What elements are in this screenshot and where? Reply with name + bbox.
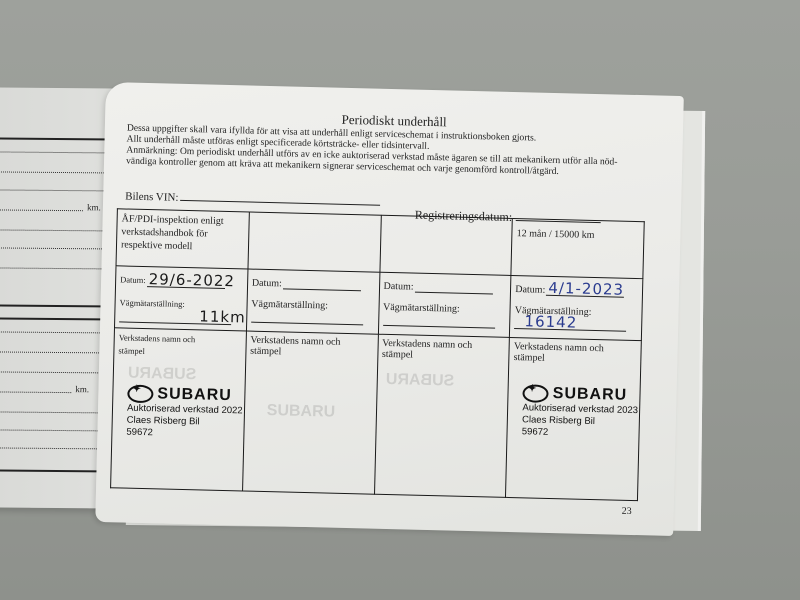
dotted-line (0, 151, 115, 153)
date-label: Datum: (120, 275, 146, 286)
dotted-line (0, 229, 112, 231)
date-field: Datum:4/1-2023 (515, 283, 638, 298)
stamp-bleed-through: SUBARU (267, 402, 336, 422)
odometer-field: Vägmätarställning: (251, 299, 374, 326)
date-input[interactable] (283, 278, 361, 292)
workshop-stamp-cell: Verkstadens namn och stämpel SUBARU Aukt… (506, 337, 642, 501)
subaru-star-icon (523, 384, 549, 403)
column-header (248, 212, 381, 272)
odometer-label: Vägmätarställning: (119, 298, 184, 310)
odometer-value: 11km (199, 308, 246, 327)
subaru-star-icon (127, 384, 153, 403)
odometer-field: Vägmätarställning:16142 (514, 305, 637, 332)
workshop-label: Verkstadens namn och stämpel (514, 341, 625, 366)
column-header: ÅF/PDI-inspektion enligt verkstadshandbo… (116, 209, 249, 269)
odometer-value: 16142 (524, 313, 577, 332)
odometer-input[interactable]: 16142 (514, 316, 626, 332)
service-entry-cell: Datum:29/6-2022 Vägmätarställning:11km (115, 266, 248, 331)
service-entry-cell: Datum: Vägmätarställning: (246, 269, 379, 334)
km-label: km. (75, 384, 89, 394)
stamp-brand: SUBARU (157, 385, 232, 405)
date-field: Datum:29/6-2022 (120, 274, 243, 290)
date-label: Datum: (515, 284, 545, 296)
column-header (379, 215, 512, 275)
service-entry-cell: Datum: Vägmätarställning: (378, 272, 511, 337)
dotted-line (0, 447, 99, 449)
odometer-input[interactable] (383, 313, 495, 329)
dotted-line (0, 247, 112, 249)
odometer-input[interactable]: 11km (119, 310, 231, 326)
odometer-field: Vägmätarställning:11km (119, 297, 242, 326)
stamp-line: 59672 (522, 426, 638, 441)
workshop-stamp-cell: Verkstadens namn och stämpel SUBARU SUBA… (111, 327, 247, 491)
vin-label: Bilens VIN: (125, 191, 179, 204)
workshop-label: Verkstadens namn och stämpel (382, 337, 493, 362)
odometer-field: Vägmätarställning: (383, 302, 506, 329)
subaru-logo: SUBARU (523, 384, 639, 405)
dotted-line (0, 351, 103, 353)
workshop-label: Verkstadens namn och stämpel (250, 334, 361, 359)
dotted-line (0, 171, 114, 173)
stamp-line: 59672 (126, 426, 242, 441)
service-entry-cell: Datum:4/1-2023 Vägmätarställning:16142 (510, 276, 643, 341)
dotted-line (0, 209, 83, 211)
subaru-logo: SUBARU (127, 384, 243, 405)
vin-input[interactable] (180, 200, 380, 206)
workshop-stamp-cell: Verkstadens namn och stämpel SUBARU (242, 331, 378, 495)
dotted-line (0, 331, 104, 333)
stamp-brand: SUBARU (553, 385, 628, 405)
km-label: km. (87, 202, 101, 212)
dotted-line (0, 267, 111, 269)
workshop-stamp: SUBARU Auktoriserad verkstad 2022 Claes … (126, 384, 243, 441)
dotted-line (0, 429, 100, 431)
date-input[interactable] (414, 281, 492, 295)
date-label: Datum: (252, 278, 282, 290)
odometer-input[interactable] (251, 310, 363, 326)
date-label: Datum: (383, 281, 413, 293)
workshop-stamp-row: Verkstadens namn och stämpel SUBARU SUBA… (111, 327, 642, 500)
dotted-line (0, 411, 100, 413)
vin-field: Bilens VIN: (125, 191, 380, 209)
workshop-label: Verkstadens namn och stämpel (118, 331, 219, 359)
date-input[interactable]: 4/1-2023 (546, 284, 624, 298)
workshop-stamp-cell: Verkstadens namn och stämpel SUBARU (374, 334, 510, 498)
page-number: 23 (622, 506, 632, 517)
date-value: 29/6-2022 (148, 270, 235, 290)
dotted-line (0, 391, 71, 393)
service-schedule-table: ÅF/PDI-inspektion enligt verkstadshandbo… (110, 208, 645, 501)
date-field: Datum: (252, 277, 375, 292)
stamp-bleed-through: SUBARU (128, 364, 197, 384)
column-header: 12 mån / 15000 km (511, 218, 644, 278)
dotted-line (0, 189, 114, 191)
date-field: Datum: (383, 280, 506, 295)
date-value: 4/1-2023 (548, 279, 624, 299)
date-input[interactable]: 29/6-2022 (146, 275, 224, 289)
service-book-page: Periodiskt underhåll Dessa uppgifter ska… (95, 82, 684, 536)
stamp-bleed-through: SUBARU (385, 370, 454, 390)
workshop-stamp: SUBARU Auktoriserad verkstad 2023 Claes … (522, 384, 639, 441)
dotted-line (0, 371, 102, 373)
